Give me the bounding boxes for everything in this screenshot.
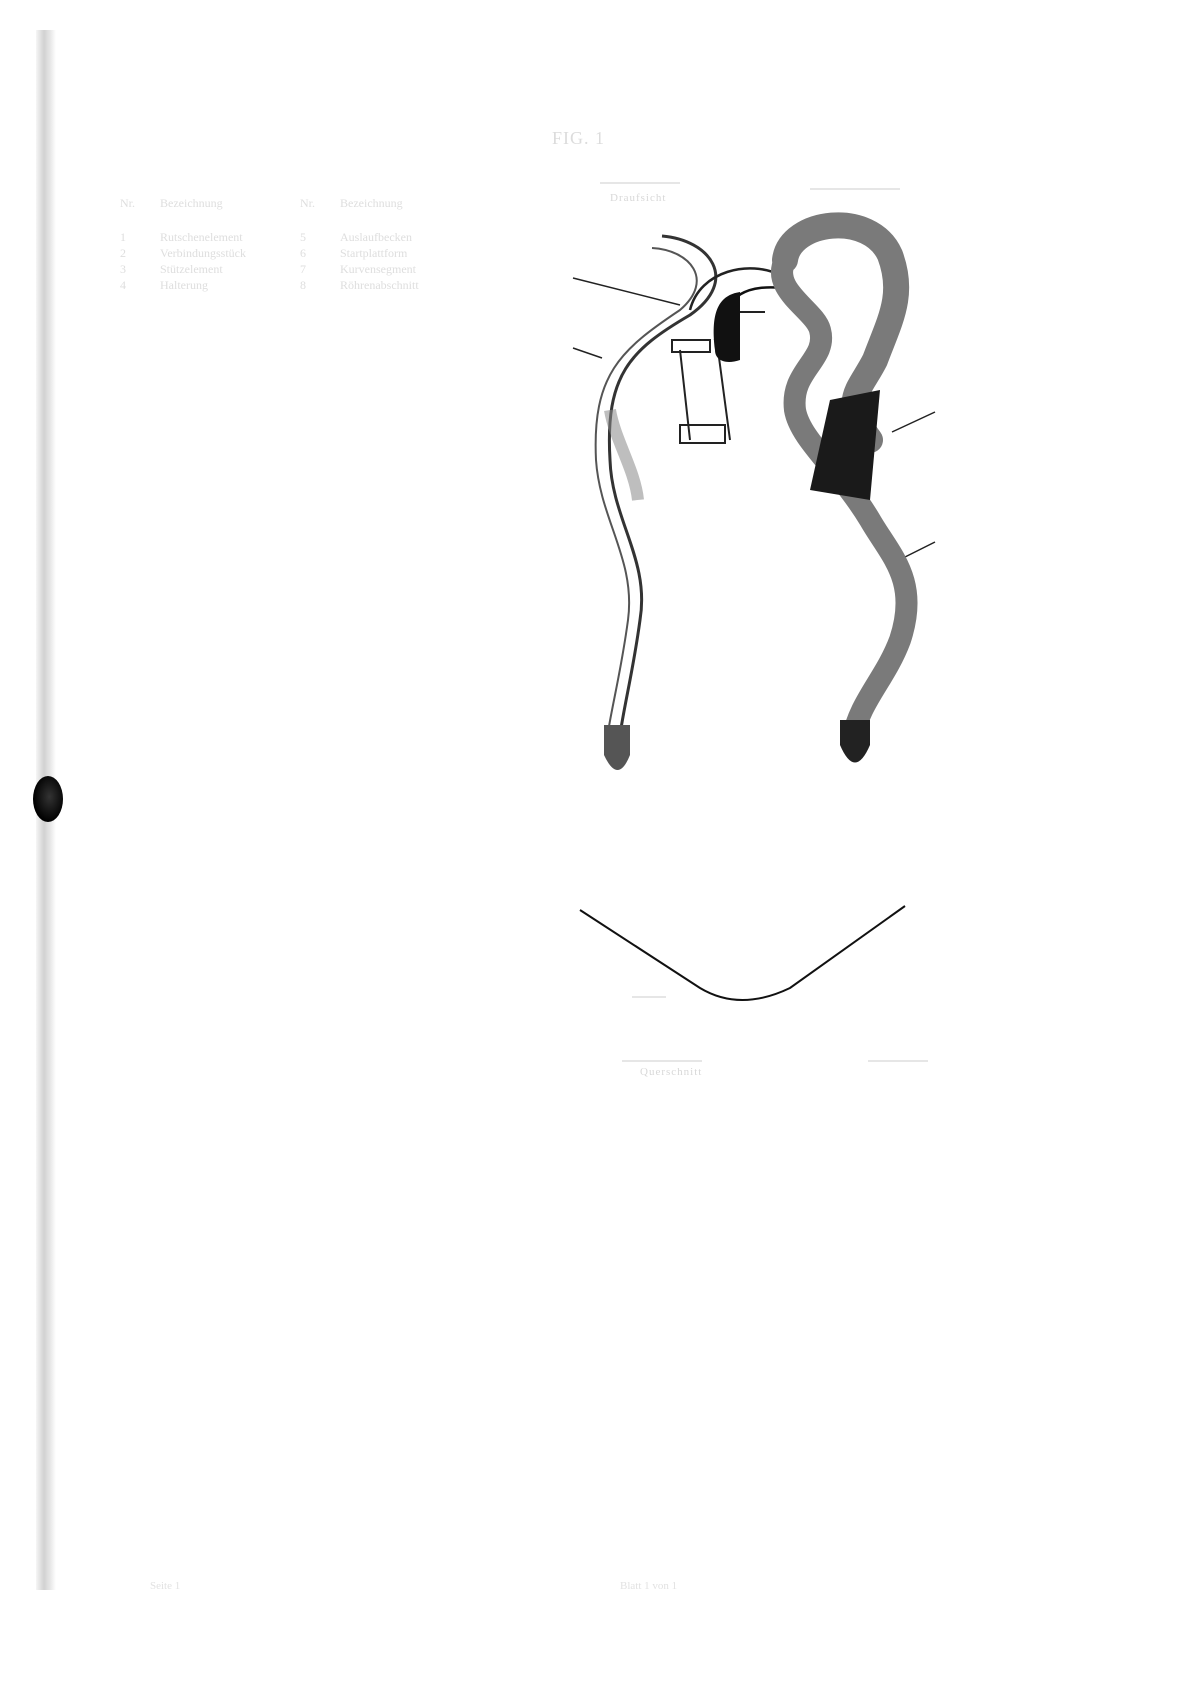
legend-cell: 4 <box>120 278 160 294</box>
legend-cell: Verbindungsstück <box>160 246 300 262</box>
header-cell: Nr. <box>300 196 340 212</box>
legend-cell: 8 <box>300 278 340 294</box>
legend-cell: 7 <box>300 262 340 278</box>
slide-drawing <box>540 200 960 800</box>
legend-cell: Auslaufbecken <box>340 230 480 246</box>
legend-header: Nr. Bezeichnung Nr. Bezeichnung <box>120 196 480 212</box>
legend-row: 3Stützelement7Kurvensegment <box>120 262 480 278</box>
legend-row: 4Halterung8Röhrenabschnitt <box>120 278 480 294</box>
legend-cell: 3 <box>120 262 160 278</box>
rule <box>868 1060 928 1062</box>
footer-right: Blatt 1 von 1 <box>620 1580 677 1592</box>
header-cell: Bezeichnung <box>340 196 480 212</box>
footer-left: Seite 1 <box>150 1580 180 1592</box>
legend-table: Nr. Bezeichnung Nr. Bezeichnung 1Rutsche… <box>120 196 480 294</box>
legend-cell: 5 <box>300 230 340 246</box>
legend-row: 2Verbindungsstück6Startplattform <box>120 246 480 262</box>
header-cell: Bezeichnung <box>160 196 300 212</box>
legend-cell: Halterung <box>160 278 300 294</box>
rule <box>600 182 680 184</box>
punch-hole <box>33 776 63 822</box>
legend-cell: 2 <box>120 246 160 262</box>
legend-cell: 6 <box>300 246 340 262</box>
rule <box>622 1060 702 1062</box>
legend-cell: Kurvensegment <box>340 262 480 278</box>
legend-cell: 1 <box>120 230 160 246</box>
header-cell: Nr. <box>120 196 160 212</box>
rule <box>810 188 900 190</box>
legend-cell: Röhrenabschnitt <box>340 278 480 294</box>
caption-bottom: Querschnitt <box>640 1066 702 1078</box>
legend-cell: Rutschenelement <box>160 230 300 246</box>
cross-section-profile <box>560 900 940 1010</box>
legend-row: 1Rutschenelement5Auslaufbecken <box>120 230 480 246</box>
rule <box>632 996 666 998</box>
legend-cell: Stützelement <box>160 262 300 278</box>
legend-cell: Startplattform <box>340 246 480 262</box>
figure-title: FIG. 1 <box>552 128 605 149</box>
